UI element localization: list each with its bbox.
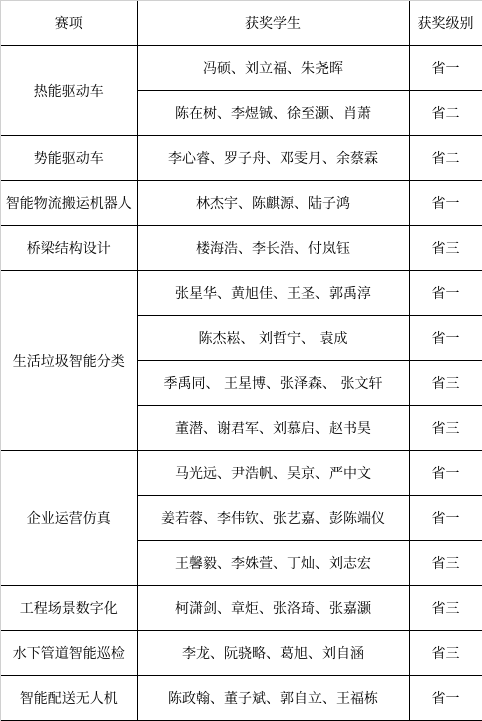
table-row: 水下管道智能巡检 李龙、阮骁略、葛旭、刘自涵 省三 — [1, 631, 482, 676]
level-cell: 省一 — [409, 496, 482, 541]
students-cell: 马光远、尹浩帆、吴京、严中文 — [137, 451, 409, 496]
table-row: 势能驱动车 李心睿、罗子舟、邓雯月、余蔡霖 省二 — [1, 136, 482, 181]
event-name: 热能驱动车 — [1, 46, 137, 136]
students-cell: 楼海浩、李长浩、付岚钰 — [137, 226, 409, 271]
event-name: 生活垃圾智能分类 — [1, 271, 137, 451]
level-cell: 省三 — [409, 226, 482, 271]
level-cell: 省一 — [409, 181, 482, 226]
level-cell: 省三 — [409, 406, 482, 451]
level-cell: 省三 — [409, 586, 482, 631]
table-row: 热能驱动车 冯硕、刘立福、朱尧晖 省一 — [1, 46, 482, 91]
students-cell: 柯潇剑、章炬、张洛琦、张嘉灏 — [137, 586, 409, 631]
level-cell: 省二 — [409, 91, 482, 136]
header-row: 赛项 获奖学生 获奖级别 — [1, 1, 482, 46]
students-cell: 姜若蓉、李伟钦、张艺嘉、彭陈端仪 — [137, 496, 409, 541]
students-cell: 李龙、阮骁略、葛旭、刘自涵 — [137, 631, 409, 676]
level-cell: 省二 — [409, 136, 482, 181]
students-cell: 陈杰崧、 刘哲宁、 袁成 — [137, 316, 409, 361]
students-cell: 林杰宇、陈麒源、陆子鸿 — [137, 181, 409, 226]
students-cell: 季禹同、 王星博、张泽森、 张文轩 — [137, 361, 409, 406]
header-event: 赛项 — [1, 1, 137, 46]
level-cell: 省一 — [409, 316, 482, 361]
students-cell: 陈政翰、董子斌、郭自立、王福栋 — [137, 676, 409, 721]
level-cell: 省一 — [409, 271, 482, 316]
event-name: 势能驱动车 — [1, 136, 137, 181]
awards-table: 赛项 获奖学生 获奖级别 热能驱动车 冯硕、刘立福、朱尧晖 省一 陈在树、李煜铖… — [1, 1, 482, 721]
students-cell: 张星华、黄旭佳、王圣、郭禹淳 — [137, 271, 409, 316]
students-cell: 王馨毅、李姝萱、丁灿、刘志宏 — [137, 541, 409, 586]
students-cell: 李心睿、罗子舟、邓雯月、余蔡霖 — [137, 136, 409, 181]
table-row: 生活垃圾智能分类 张星华、黄旭佳、王圣、郭禹淳 省一 — [1, 271, 482, 316]
table-row: 智能物流搬运机器人 林杰宇、陈麒源、陆子鸿 省一 — [1, 181, 482, 226]
students-cell: 董潜、谢君军、刘慕启、赵书昊 — [137, 406, 409, 451]
level-cell: 省一 — [409, 46, 482, 91]
event-name: 智能配送无人机 — [1, 676, 137, 721]
level-cell: 省三 — [409, 541, 482, 586]
students-cell: 冯硕、刘立福、朱尧晖 — [137, 46, 409, 91]
event-name: 桥梁结构设计 — [1, 226, 137, 271]
level-cell: 省一 — [409, 451, 482, 496]
event-name: 水下管道智能巡检 — [1, 631, 137, 676]
level-cell: 省三 — [409, 361, 482, 406]
level-cell: 省一 — [409, 676, 482, 721]
header-level: 获奖级别 — [409, 1, 482, 46]
header-students: 获奖学生 — [137, 1, 409, 46]
table-row: 桥梁结构设计 楼海浩、李长浩、付岚钰 省三 — [1, 226, 482, 271]
level-cell: 省三 — [409, 631, 482, 676]
event-name: 智能物流搬运机器人 — [1, 181, 137, 226]
table-row: 智能配送无人机 陈政翰、董子斌、郭自立、王福栋 省一 — [1, 676, 482, 721]
students-cell: 陈在树、李煜铖、徐至灏、肖萧 — [137, 91, 409, 136]
table-row: 工程场景数字化 柯潇剑、章炬、张洛琦、张嘉灏 省三 — [1, 586, 482, 631]
table-row: 企业运营仿真 马光远、尹浩帆、吴京、严中文 省一 — [1, 451, 482, 496]
event-name: 工程场景数字化 — [1, 586, 137, 631]
event-name: 企业运营仿真 — [1, 451, 137, 586]
